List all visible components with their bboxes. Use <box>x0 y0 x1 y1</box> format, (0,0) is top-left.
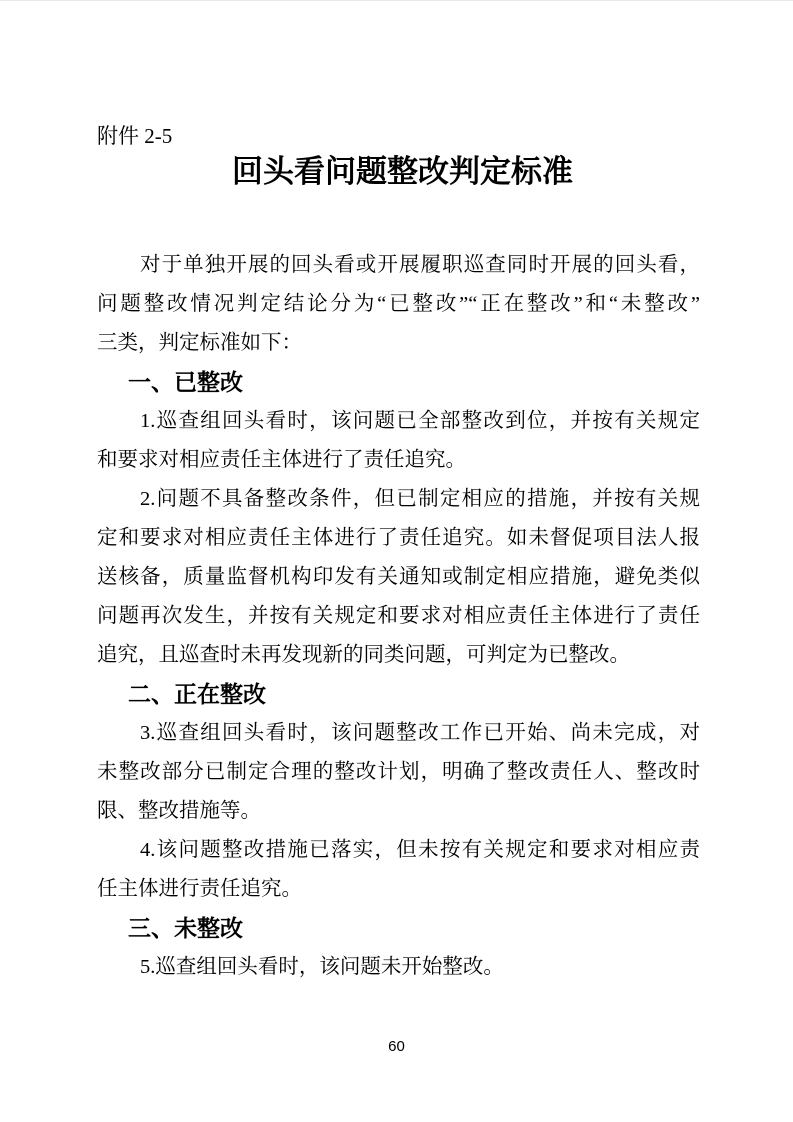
text-line: 和要求对相应责任主体进行了责任追究。 <box>97 441 700 480</box>
document-body: 对于单独开展的回头看或开展履职巡查同时开展的回头看， 问题整改情况判定结论分为“… <box>97 246 700 987</box>
page-title: 回头看问题整改判定标准 <box>0 151 793 193</box>
text-line: 5.巡查组回头看时，该问题未开始整改。 <box>97 948 700 987</box>
intro-line: 三类，判定标准如下： <box>97 324 700 363</box>
section-heading-rectified: 一、已整改 <box>97 363 700 402</box>
section-heading-in-progress: 二、正在整改 <box>97 675 700 714</box>
text-line: 定和要求对相应责任主体进行了责任追究。如未督促项目法人报 <box>97 519 700 558</box>
document-page: { "colors": { "text": "#000000", "backgr… <box>0 0 793 1122</box>
attachment-label: 附件 2-5 <box>97 121 172 151</box>
text-line: 问题再次发生，并按有关规定和要求对相应责任主体进行了责任 <box>97 597 700 636</box>
page-top-edge <box>0 0 793 1</box>
text-line: 2.问题不具备整改条件，但已制定相应的措施，并按有关规 <box>97 480 700 519</box>
text-line: 未整改部分已制定合理的整改计划，明确了整改责任人、整改时 <box>97 753 700 792</box>
text-line: 4.该问题整改措施已落实，但未按有关规定和要求对相应责 <box>97 831 700 870</box>
intro-line: 问题整改情况判定结论分为“已整改”“正在整改”和“未整改” <box>97 285 700 324</box>
intro-line: 对于单独开展的回头看或开展履职巡查同时开展的回头看， <box>97 246 700 285</box>
text-line: 1.巡查组回头看时，该问题已全部整改到位，并按有关规定 <box>97 402 700 441</box>
section-heading-not-rectified: 三、未整改 <box>97 909 700 948</box>
text-line: 送核备，质量监督机构印发有关通知或制定相应措施，避免类似 <box>97 558 700 597</box>
text-line: 3.巡查组回头看时，该问题整改工作已开始、尚未完成，对 <box>97 714 700 753</box>
text-line: 限、整改措施等。 <box>97 792 700 831</box>
text-line: 追究，且巡查时未再发现新的同类问题，可判定为已整改。 <box>97 636 700 675</box>
page-number: 60 <box>0 1037 793 1057</box>
text-line: 任主体进行责任追究。 <box>97 870 700 909</box>
